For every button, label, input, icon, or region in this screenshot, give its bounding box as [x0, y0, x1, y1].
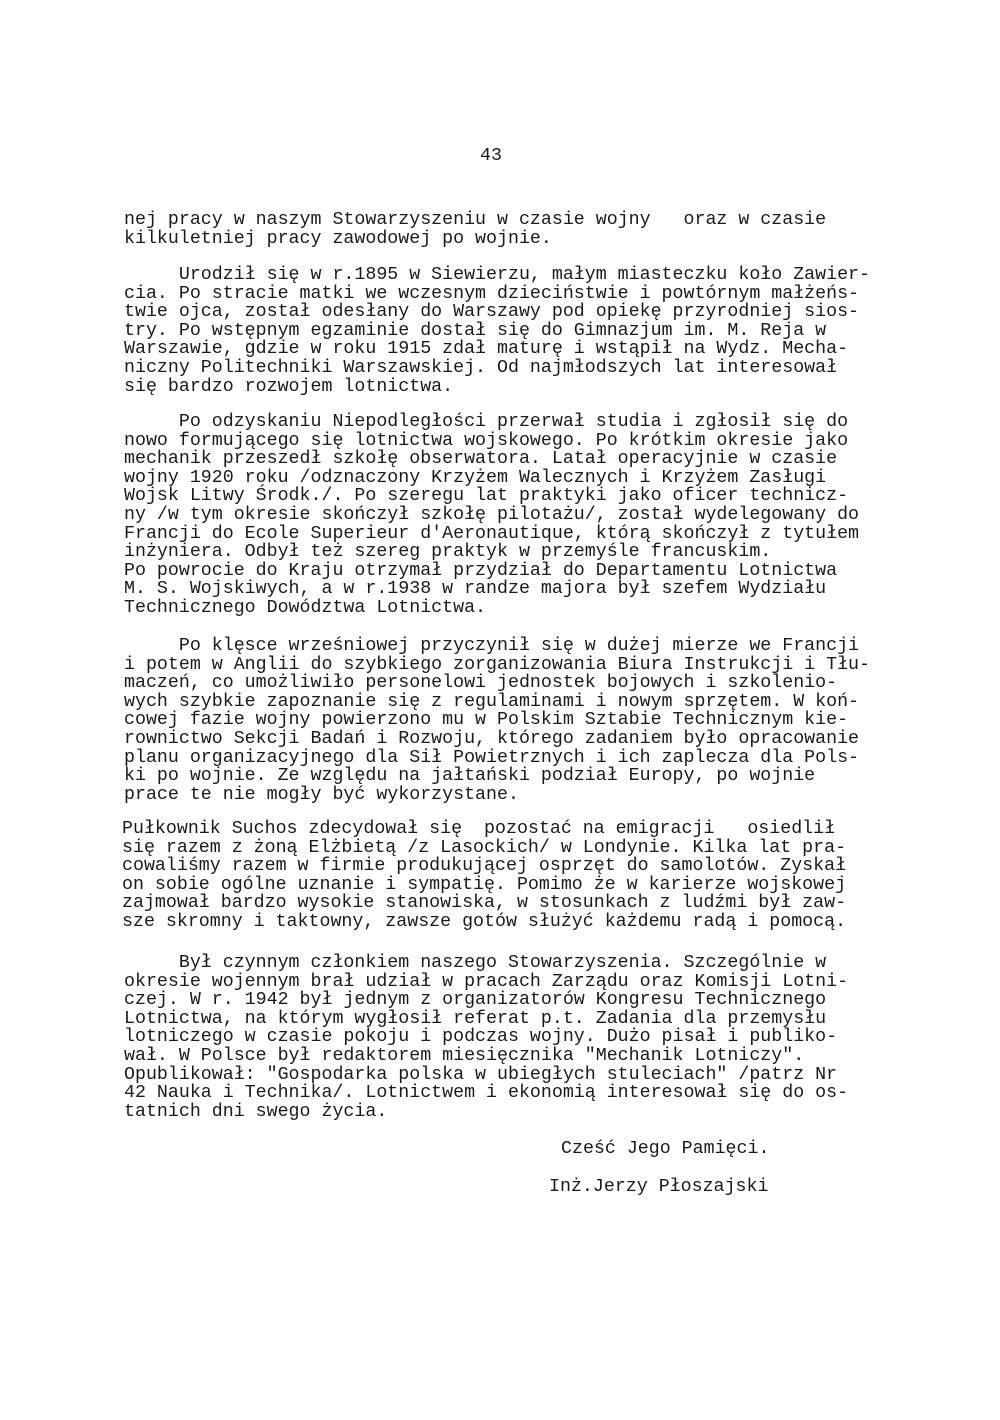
text-line: się bardzo rozwojem lotnictwa.: [124, 378, 870, 397]
text-line: Po klęsce wrześniowej przyczynił się w d…: [124, 637, 870, 656]
text-line: zajmował bardzo wysokie stanowiska, w st…: [122, 894, 846, 913]
text-line: try. Po wstępnym egzaminie dostał się do…: [124, 322, 870, 341]
text-line: okresie wojennym brał udział w pracach Z…: [124, 973, 848, 992]
document-page: 43 nej pracy w naszym Stowarzyszeniu w c…: [0, 0, 1000, 1420]
text-line: prace te nie mogły być wykorzystane.: [124, 786, 870, 805]
text-line: Opublikował: "Gospodarka polska w ubiegł…: [124, 1066, 848, 1085]
text-line: cowej fazie wojny powierzono mu w Polski…: [124, 711, 870, 730]
text-line: niczny Politechniki Warszawskiej. Od naj…: [124, 359, 870, 378]
text-line: cia. Po stracie matki we wczesnym dzieci…: [124, 285, 870, 304]
text-line: on sobie ogólne uznanie i sympatię. Pomi…: [122, 876, 846, 895]
text-line: maczeń, co umożliwiło personelowi jednos…: [124, 674, 870, 693]
text-line: cowaliśmy razem w firmie produkującej os…: [122, 857, 846, 876]
text-line: ki po wojnie. Ze względu na jałtański po…: [124, 767, 870, 786]
text-line: nowo formującego się lotnictwa wojskoweg…: [124, 432, 859, 451]
text-line: kilkuletniej pracy zawodowej po wojnie.: [124, 230, 826, 249]
text-line: tatnich dni swego życia.: [124, 1103, 848, 1122]
paragraph-association-activity: Był czynnym członkiem naszego Stowarzysz…: [124, 954, 848, 1121]
text-line: wojny 1920 roku /odznaczony Krzyżem Wale…: [124, 469, 859, 488]
text-line: 42 Nauka i Technika/. Lotnictwem i ekono…: [124, 1084, 848, 1103]
paragraph-wartime-service: Po klęsce wrześniowej przyczynił się w d…: [124, 637, 870, 804]
text-line: mechanik przeszedł szkołę obserwatora. L…: [124, 450, 859, 469]
text-line: M. S. Wojskiwych, a w r.1938 w randze ma…: [124, 580, 859, 599]
text-line: Urodził się w r.1895 w Siewierzu, małym …: [124, 266, 870, 285]
paragraph-birth-education: Urodził się w r.1895 w Siewierzu, małym …: [124, 266, 870, 396]
page-number: 43: [480, 147, 502, 166]
text-line: inżyniera. Odbył też szereg praktyk w pr…: [124, 543, 859, 562]
text-line: Wojsk Litwy Środk./. Po szeregu lat prak…: [124, 487, 859, 506]
text-line: się razem z żoną Elżbietą /z Lasockich/ …: [122, 839, 846, 858]
text-line: Francji do Ecole Superieur d'Aeronautiqu…: [124, 525, 859, 544]
author-signature: Inż.Jerzy Płoszajski: [549, 1178, 768, 1197]
text-line: wał. W Polsce był redaktorem miesięcznik…: [124, 1047, 848, 1066]
text-line: rownictwo Sekcji Badań i Rozwoju, któreg…: [124, 730, 870, 749]
text-line: Był czynnym członkiem naszego Stowarzysz…: [124, 954, 848, 973]
text-line: Po odzyskaniu Niepodległości przerwał st…: [124, 413, 859, 432]
closing-salutation: Cześć Jego Pamięci.: [561, 1140, 769, 1159]
text-line: Technicznego Dowództwa Lotnictwa.: [124, 599, 859, 618]
text-line: lotniczego w czasie pokoju i podczas woj…: [124, 1028, 848, 1047]
text-line: Warszawie, gdzie w roku 1915 zdał maturę…: [124, 340, 870, 359]
paragraph-military-career: Po odzyskaniu Niepodległości przerwał st…: [124, 413, 859, 618]
text-line: ny /w tym okresie skończył szkołę pilota…: [124, 506, 859, 525]
text-line: wych szybkie zapoznanie się z regulamina…: [124, 693, 870, 712]
text-line: i potem w Anglii do szybkiego zorganizow…: [124, 656, 870, 675]
paragraph-intro-continuation: nej pracy w naszym Stowarzyszeniu w czas…: [124, 211, 826, 248]
text-line: sze skromny i taktowny, zawsze gotów słu…: [122, 913, 846, 932]
text-line: Lotnictwa, na którym wygłosił referat p.…: [124, 1010, 848, 1029]
text-line: Po powrocie do Kraju otrzymał przydział …: [124, 562, 859, 581]
text-line: Pułkownik Suchos zdecydował się pozostać…: [122, 820, 846, 839]
text-line: planu organizacyjnego dla Sił Powietrzny…: [124, 749, 870, 768]
paragraph-emigration: Pułkownik Suchos zdecydował się pozostać…: [122, 820, 846, 932]
text-line: twie ojca, został odesłany do Warszawy p…: [124, 303, 870, 322]
text-line: czej. W r. 1942 był jednym z organizator…: [124, 991, 848, 1010]
text-line: nej pracy w naszym Stowarzyszeniu w czas…: [124, 211, 826, 230]
